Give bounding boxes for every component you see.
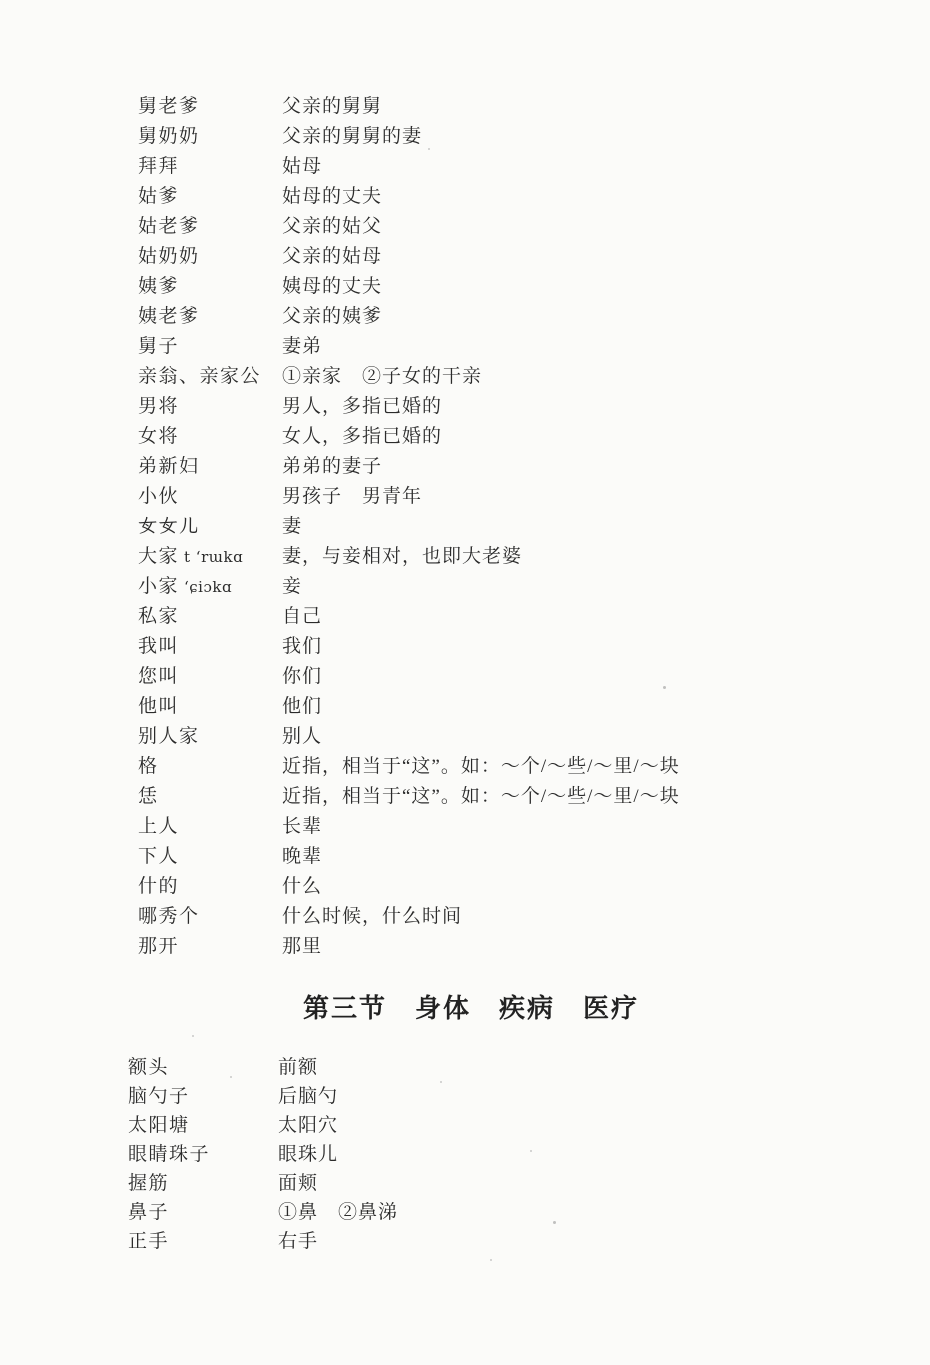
entry-headword: 额头	[128, 1057, 169, 1078]
entry-definition: 眼珠儿	[278, 1140, 338, 1169]
entry-definition: 弟弟的妻子	[282, 452, 382, 482]
glossary-entry: 𡚦𡚦儿 妻	[138, 512, 680, 542]
entry-headword: 姑奶奶	[138, 246, 200, 267]
entry-head-cell: 鼻子	[128, 1198, 278, 1228]
entry-definition: 妻弟	[282, 332, 322, 362]
entry-head-cell: 脑勺子	[128, 1082, 278, 1112]
entry-headword: 握筋	[128, 1173, 169, 1194]
entry-definition: 他们	[282, 692, 322, 722]
entry-definition: 前额	[278, 1053, 318, 1082]
entry-definition: 太阳穴	[278, 1111, 338, 1140]
entry-definition: 父亲的姑母	[282, 242, 382, 272]
glossary-entry: 他叫 他们	[138, 692, 680, 722]
entry-definition: 近指，相当于“这”。如：～个/～些/～里/～块	[282, 782, 680, 812]
glossary-entry: 您叫 你们	[138, 662, 680, 692]
entry-definition: 什么时候，什么时间	[282, 902, 462, 932]
scan-speck	[490, 1259, 492, 1261]
glossary-entry: 握筋 面颊	[128, 1169, 398, 1198]
glossary-kinship-terms: 舅老爹 父亲的舅舅 舅奶奶 父亲的舅舅的妻 拜拜 姑母 姑爹	[138, 92, 680, 962]
entry-headword: 小伙	[138, 486, 179, 507]
entry-headword: 男将	[138, 396, 179, 417]
glossary-entry: 拜拜 姑母	[138, 152, 680, 182]
entry-headword: 他叫	[138, 696, 179, 717]
entry-headword: 鼻子	[128, 1202, 169, 1223]
entry-headword: 弟新妇	[138, 456, 200, 477]
glossary-entry: 姨老爹 父亲的姨爹	[138, 302, 680, 332]
entry-headword: 舅子	[138, 336, 179, 357]
entry-definition: 自己	[282, 602, 322, 632]
entry-headword: 舅老爹	[138, 96, 200, 117]
glossary-entry: 额头 前额	[128, 1053, 398, 1082]
entry-headword: 我叫	[138, 636, 179, 657]
glossary-entry: 那开 那里	[138, 932, 680, 962]
entry-head-cell: 那开	[138, 932, 282, 963]
entry-definition: 父亲的舅舅的妻	[282, 122, 422, 152]
entry-definition: 近指，相当于“这”。如：～个/～些/～里/～块	[282, 752, 680, 782]
entry-head-cell: 舅子	[138, 332, 282, 363]
glossary-entry: 太阳塘 太阳穴	[128, 1111, 398, 1140]
glossary-entry: 姑老爹 父亲的姑父	[138, 212, 680, 242]
section-heading: 第三节 身体 疾病 医疗	[0, 988, 930, 1025]
entry-headword: 亲翁、亲家公	[138, 366, 261, 387]
entry-headword: 舅奶奶	[138, 126, 200, 147]
glossary-entry: 格 近指，相当于“这”。如：～个/～些/～里/～块	[138, 752, 680, 782]
entry-head-cell: 姑爹	[138, 182, 282, 213]
entry-definition: 妾	[282, 572, 302, 602]
entry-definition: 面颊	[278, 1169, 318, 1198]
glossary-entry: 大家t ‘rɯkɑ 妻，与妾相对，也即大老婆	[138, 542, 680, 572]
entry-definition: 后脑勺	[278, 1082, 338, 1111]
entry-headword: 正手	[128, 1231, 169, 1252]
glossary-entry: 我叫 我们	[138, 632, 680, 662]
glossary-entry: 鼻子 ①鼻 ②鼻涕	[128, 1198, 398, 1227]
entry-head-cell: 我叫	[138, 632, 282, 663]
entry-definition: 妻	[282, 512, 302, 542]
glossary-entry: 舅奶奶 父亲的舅舅的妻	[138, 122, 680, 152]
entry-definition: 父亲的姑父	[282, 212, 382, 242]
entry-definition: 晚辈	[282, 842, 322, 872]
scan-speck	[530, 1150, 532, 1152]
entry-definition: 姑母的丈夫	[282, 182, 382, 212]
glossary-entry: 什的 什么	[138, 872, 680, 902]
entry-headword: 大家	[138, 546, 179, 567]
entry-definition: 我们	[282, 632, 322, 662]
entry-definition: 父亲的舅舅	[282, 92, 382, 122]
entry-headword: 什的	[138, 876, 179, 897]
entry-definition: 那里	[282, 932, 322, 962]
entry-headword: 姑爹	[138, 186, 179, 207]
entry-headword: 哪秀个	[138, 906, 200, 927]
entry-head-cell: 姨爹	[138, 272, 282, 303]
glossary-entry: 弟新妇 弟弟的妻子	[138, 452, 680, 482]
entry-head-cell: 哪秀个	[138, 902, 282, 933]
entry-headword: 别人家	[138, 726, 200, 747]
glossary-entry: 亲翁、亲家公 ①亲家 ②子女的干亲	[138, 362, 680, 392]
entry-head-cell: 小家‘ɕiɔkɑ	[138, 572, 282, 603]
entry-headword: 您叫	[138, 666, 179, 687]
glossary-entry: 私家 自己	[138, 602, 680, 632]
entry-head-cell: 小伙	[138, 482, 282, 513]
entry-head-cell: 眼睛珠子	[128, 1140, 278, 1170]
entry-headword: 眼睛珠子	[128, 1144, 210, 1165]
glossary-entry: 姑奶奶 父亲的姑母	[138, 242, 680, 272]
scan-speck	[663, 686, 666, 689]
entry-headword: 太阳塘	[128, 1115, 190, 1136]
entry-headword: 拜拜	[138, 156, 179, 177]
glossary-entry: 哪秀个 什么时候，什么时间	[138, 902, 680, 932]
entry-head-cell: 上人	[138, 812, 282, 843]
entry-head-cell: 舅老爹	[138, 92, 282, 123]
glossary-entry: 正手 右手	[128, 1227, 398, 1256]
scan-speck	[192, 1035, 194, 1037]
entry-headword: 姨老爹	[138, 306, 200, 327]
entry-head-cell: 姑奶奶	[138, 242, 282, 273]
glossary-entry: 别人家 别人	[138, 722, 680, 752]
scan-speck	[428, 148, 430, 150]
entry-definition: 女人，多指已婚的	[282, 422, 442, 452]
entry-definition: 你们	[282, 662, 322, 692]
entry-head-cell: 握筋	[128, 1169, 278, 1199]
entry-definition: 男孩子 男青年	[282, 482, 422, 512]
entry-head-cell: 您叫	[138, 662, 282, 693]
scan-speck	[440, 1081, 442, 1083]
glossary-entry: 下人 晚辈	[138, 842, 680, 872]
glossary-entry: 脑勺子 后脑勺	[128, 1082, 398, 1111]
entry-definition: ①鼻 ②鼻涕	[278, 1198, 398, 1227]
entry-head-cell: 舅奶奶	[138, 122, 282, 153]
entry-definition: 右手	[278, 1227, 318, 1256]
entry-head-cell: 大家t ‘rɯkɑ	[138, 542, 282, 573]
entry-head-cell: 他叫	[138, 692, 282, 723]
glossary-entry: 上人 长辈	[138, 812, 680, 842]
entry-head-cell: 私家	[138, 602, 282, 633]
glossary-entry: 男将 男人，多指已婚的	[138, 392, 680, 422]
entry-head-cell: 姑老爹	[138, 212, 282, 243]
entry-head-cell: 别人家	[138, 722, 282, 753]
entry-headword: 姨爹	[138, 276, 179, 297]
entry-definition: 男人，多指已婚的	[282, 392, 442, 422]
entry-definition: ①亲家 ②子女的干亲	[282, 362, 482, 392]
entry-head-cell: 女将	[138, 422, 282, 453]
entry-definition: 妻，与妾相对，也即大老婆	[282, 542, 522, 572]
glossary-entry: 小伙 男孩子 男青年	[138, 482, 680, 512]
entry-head-cell: 𡚦𡚦儿	[138, 512, 282, 543]
glossary-entry: 舅子 妻弟	[138, 332, 680, 362]
entry-definition: 别人	[282, 722, 322, 752]
entry-definition: 父亲的姨爹	[282, 302, 382, 332]
entry-head-cell: 拜拜	[138, 152, 282, 183]
entry-headword: 格	[138, 756, 159, 777]
entry-head-cell: 太阳塘	[128, 1111, 278, 1141]
glossary-body-terms: 额头 前额 脑勺子 后脑勺 太阳塘 太阳穴 眼睛珠子	[128, 1053, 398, 1256]
entry-headword: 小家	[138, 576, 179, 597]
scan-speck	[230, 1076, 232, 1078]
entry-headword: 女将	[138, 426, 179, 447]
entry-head-cell: 格	[138, 752, 282, 783]
entry-headword: 姑老爹	[138, 216, 200, 237]
glossary-entry: 眼睛珠子 眼珠儿	[128, 1140, 398, 1169]
entry-definition: 什么	[282, 872, 322, 902]
entry-phonetic: ‘ɕiɔkɑ	[184, 578, 232, 596]
entry-head-cell: 恁	[138, 782, 282, 813]
glossary-entry: 姨爹 姨母的丈夫	[138, 272, 680, 302]
entry-head-cell: 正手	[128, 1227, 278, 1257]
entry-phonetic: t ‘rɯkɑ	[184, 548, 243, 566]
entry-head-cell: 额头	[128, 1053, 278, 1083]
entry-head-cell: 下人	[138, 842, 282, 873]
glossary-entry: 小家‘ɕiɔkɑ 妾	[138, 572, 680, 602]
glossary-entry: 舅老爹 父亲的舅舅	[138, 92, 680, 122]
entry-head-cell: 姨老爹	[138, 302, 282, 333]
entry-definition: 姑母	[282, 152, 322, 182]
entry-definition: 姨母的丈夫	[282, 272, 382, 302]
entry-headword: 恁	[138, 786, 159, 807]
scanned-dictionary-page: 舅老爹 父亲的舅舅 舅奶奶 父亲的舅舅的妻 拜拜 姑母 姑爹	[0, 0, 930, 1365]
entry-head-cell: 亲翁、亲家公	[138, 362, 282, 393]
entry-headword: 那开	[138, 936, 179, 957]
entry-head-cell: 弟新妇	[138, 452, 282, 483]
glossary-entry: 姑爹 姑母的丈夫	[138, 182, 680, 212]
entry-headword: 私家	[138, 606, 179, 627]
entry-headword: 脑勺子	[128, 1086, 190, 1107]
glossary-entry: 女将 女人，多指已婚的	[138, 422, 680, 452]
scan-speck	[553, 1221, 556, 1224]
entry-head-cell: 男将	[138, 392, 282, 423]
entry-headword: 𡚦𡚦儿	[138, 516, 200, 537]
entry-headword: 上人	[138, 816, 179, 837]
entry-definition: 长辈	[282, 812, 322, 842]
glossary-entry: 恁 近指，相当于“这”。如：～个/～些/～里/～块	[138, 782, 680, 812]
entry-head-cell: 什的	[138, 872, 282, 903]
entry-headword: 下人	[138, 846, 179, 867]
